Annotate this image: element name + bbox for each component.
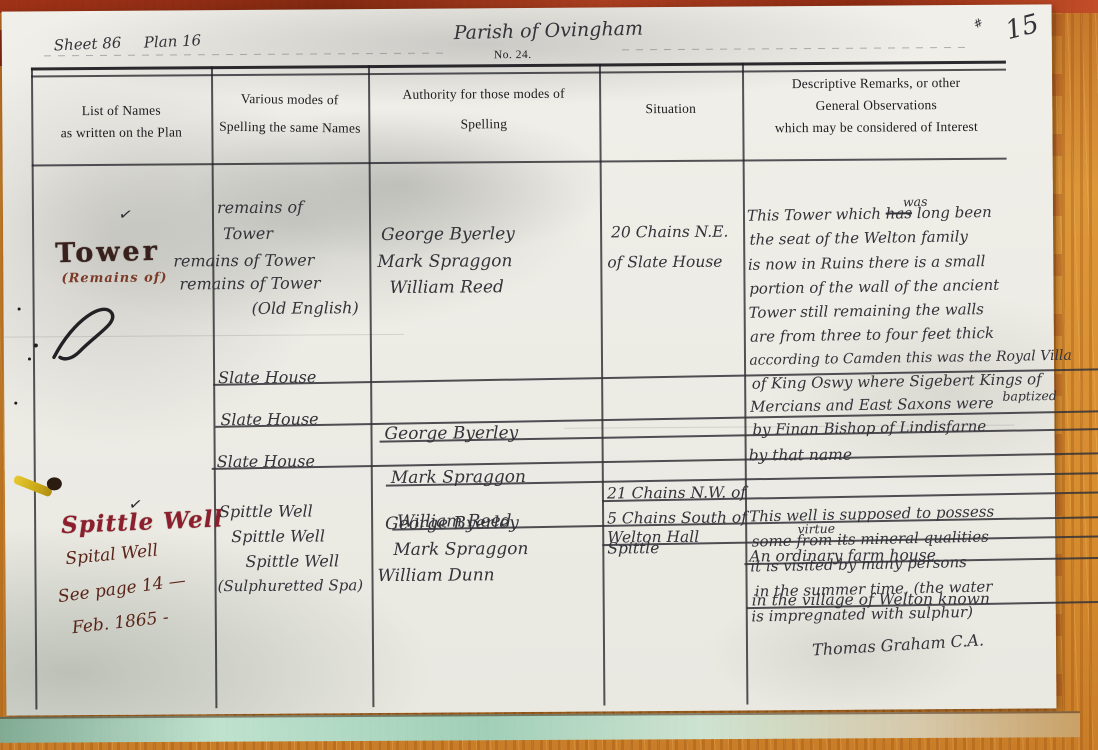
header-spelling-line2: Spelling the same Names [211,119,368,137]
authority-line: William Reed [389,277,504,298]
row1-name-stamp: Tower [55,236,160,270]
header-spelling-line1: Various modes of [211,91,368,109]
header-remarks-line3: which may be considered of Interest [742,119,1010,137]
ink-flourish-icon [46,299,146,366]
situation-line: Spittle [607,539,659,557]
page-number: 15 [1002,9,1042,46]
binding-hole [47,477,62,490]
surveyor-signature: Thomas Graham C.A. [812,630,985,659]
authority-line: George Byerley [381,224,515,245]
spelling-line: Spittle Well [245,551,339,571]
form-number: No. 24. [494,49,532,61]
situation-line: 5 Chains South of [607,508,747,527]
header-separator-rule [32,158,1007,166]
ink-dot [18,308,21,311]
remark-line: is impregnated with sulphur) [751,600,973,630]
spelling-line: Spittle Well [231,526,325,546]
authority-line: Mark Spraggon [393,539,528,560]
book-bottom-edge [0,711,1080,743]
scan-background: { "header": { "sheet": "Sheet 86", "plan… [0,0,1098,750]
spelling-line: remains of Tower [173,250,314,270]
row3-note: Spital Well [65,541,159,570]
header-names-line1: List of Names [31,102,211,119]
remark-line: by that name [749,446,852,465]
spelling-line: remains of [217,198,303,218]
plan-label: Plan 16 [143,31,201,51]
situation-line: of Slate House [607,253,722,272]
struck-word: has [886,204,913,222]
header-remarks-line1: Descriptive Remarks, or other [742,75,1010,93]
spelling-line: remains of Tower [179,273,320,293]
corner-mark: # [971,15,985,31]
header-situation: Situation [599,101,742,118]
row3-name-stamp: Spittle Well [61,505,224,539]
register-page: Sheet 86 Plan 16 Parish of Ovingham No. … [2,4,1057,715]
spelling-line: (Old English) [252,298,359,318]
row3-note: See page 14 — [57,571,187,607]
inserted-word: baptized [1002,388,1057,404]
header-names-line2: as written on the Plan [31,124,211,141]
check-mark-icon: ✓ [117,204,134,225]
ink-dot [14,402,17,405]
header-authority-line2: Spelling [368,116,599,134]
page-title: Parish of Ovingham [453,18,643,45]
authority-line: George Byerley [385,513,519,534]
authority-line: William Dunn [377,565,494,586]
authority-line: Mark Spraggon [377,251,512,272]
spelling-line: (Sulphuretted Spa) [218,576,364,595]
header-remarks-line2: General Observations [742,97,1010,115]
ink-dot [34,343,38,347]
spelling-line: Spittle Well [219,502,313,522]
row1-remarks: was This Tower which has long been the s… [747,199,1047,204]
row1-name-note: (Remains of) [61,271,167,287]
situation-line: 20 Chains N.E. [611,223,728,242]
remark-line: the seat of the Welton family [749,224,968,252]
ruled-line [622,47,972,50]
row3-note: Feb. 1865 - [71,608,170,639]
sheet-label: Sheet 86 [53,34,121,55]
ink-dot [28,357,31,360]
header-authority-line1: Authority for those modes of [368,86,599,104]
ruled-line [44,53,444,57]
spelling-line: Tower [223,224,273,243]
